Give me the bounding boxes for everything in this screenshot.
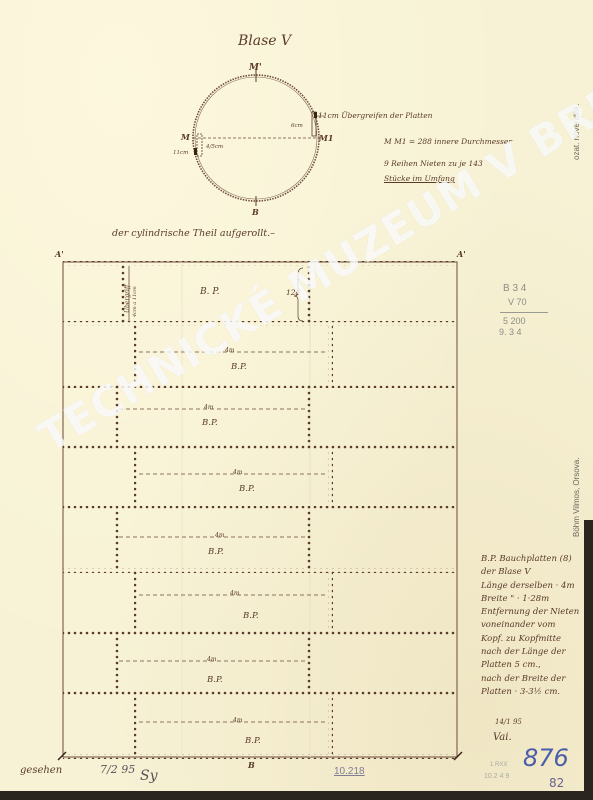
- legend-line: Länge derselben · 4m: [481, 580, 579, 593]
- legend-line: Breite " · 1·28m: [481, 593, 579, 606]
- legend-line: Entfernung der Nieten: [481, 606, 579, 619]
- date-written: 14/1 95: [495, 718, 522, 726]
- pencil-calc-4: 9. 3 4: [499, 327, 522, 337]
- label-left-point: M: [181, 132, 190, 142]
- label-bottom-point: B: [252, 207, 259, 217]
- plate-label: B.P.: [243, 611, 259, 621]
- left-dimension: 11cm: [173, 150, 188, 156]
- legend-note: B.P. Bauchplatten (8) der Blase V Länge …: [481, 553, 579, 699]
- corner-label-left: A': [55, 249, 64, 259]
- boiler-cross-section: [193, 68, 324, 206]
- seen-signature: Sy: [140, 768, 158, 784]
- plate-length: 4m: [207, 656, 217, 663]
- legend-line: nach der Breite der: [481, 673, 579, 686]
- top-row-plate-label: B. P.: [200, 287, 219, 297]
- plate-length: 4m: [233, 469, 243, 476]
- seen-label: gesehen: [20, 765, 62, 776]
- plate-label: B.P.: [202, 418, 218, 428]
- section-caption: der cylindrische Theil aufgerollt.–: [112, 228, 275, 239]
- vertical-print-middle: Böhm Vilmos, Orsova.: [572, 458, 581, 537]
- corner-label-right: A': [457, 249, 466, 259]
- bottom-label: B: [248, 760, 255, 770]
- archive-sub-number: 82: [549, 776, 564, 790]
- legend-line: Platten · 3-3½ cm.: [481, 686, 579, 699]
- plate-label: B.P.: [208, 547, 224, 557]
- plate-label: B.P.: [231, 362, 247, 372]
- seen-date: 7/2 95: [100, 763, 135, 776]
- pencil-calc-1: B 3 4: [503, 283, 526, 294]
- scan-edge-right: [584, 520, 593, 800]
- overlap-note: 11cm Übergreifen der Platten: [318, 111, 432, 120]
- archive-number: 876: [523, 744, 569, 772]
- author-signature: Vai.: [493, 732, 512, 743]
- legend-line: nach der Länge der: [481, 646, 579, 659]
- plate-length: 4m: [215, 532, 225, 539]
- legend-line: Platten 5 cm.,: [481, 659, 579, 672]
- label-top-point: M': [249, 63, 262, 73]
- drawing-sheet: Blase V: [0, 0, 593, 800]
- plate-label: B.P.: [239, 484, 255, 494]
- top-row-side-note-1: Übergriff: [124, 285, 131, 313]
- plate-label: B.P.: [207, 675, 223, 685]
- inner-left-dimension: 4/5cm: [206, 144, 223, 150]
- inventory-number: 10.218: [334, 766, 365, 777]
- plate-length: 4m: [233, 717, 243, 724]
- pencil-stamp-2: 10.2 4 9: [484, 773, 509, 780]
- plate-label: B.P.: [245, 736, 261, 746]
- legend-line: B.P. Bauchplatten (8): [481, 553, 579, 566]
- top-row-side-note-2: 4cm a 11cm: [132, 286, 138, 317]
- legend-line: der Blase V: [481, 566, 579, 579]
- pencil-calc-3: 5 200: [503, 316, 526, 326]
- legend-line: Kopf. zu Kopfmitte: [481, 633, 579, 646]
- legend-line: voneinander vom: [481, 619, 579, 632]
- plate-length: 4m: [230, 590, 240, 597]
- pencil-stamp-1: 1 RXX: [490, 762, 507, 768]
- pencil-calc-2: V 70: [508, 297, 527, 307]
- plate-length: 4m: [204, 404, 214, 411]
- inner-right-dimension: 6cm: [291, 123, 303, 129]
- label-right-point: M1: [319, 133, 333, 143]
- scan-edge-bottom: [0, 791, 593, 800]
- pencil-calc-rule: [500, 312, 548, 313]
